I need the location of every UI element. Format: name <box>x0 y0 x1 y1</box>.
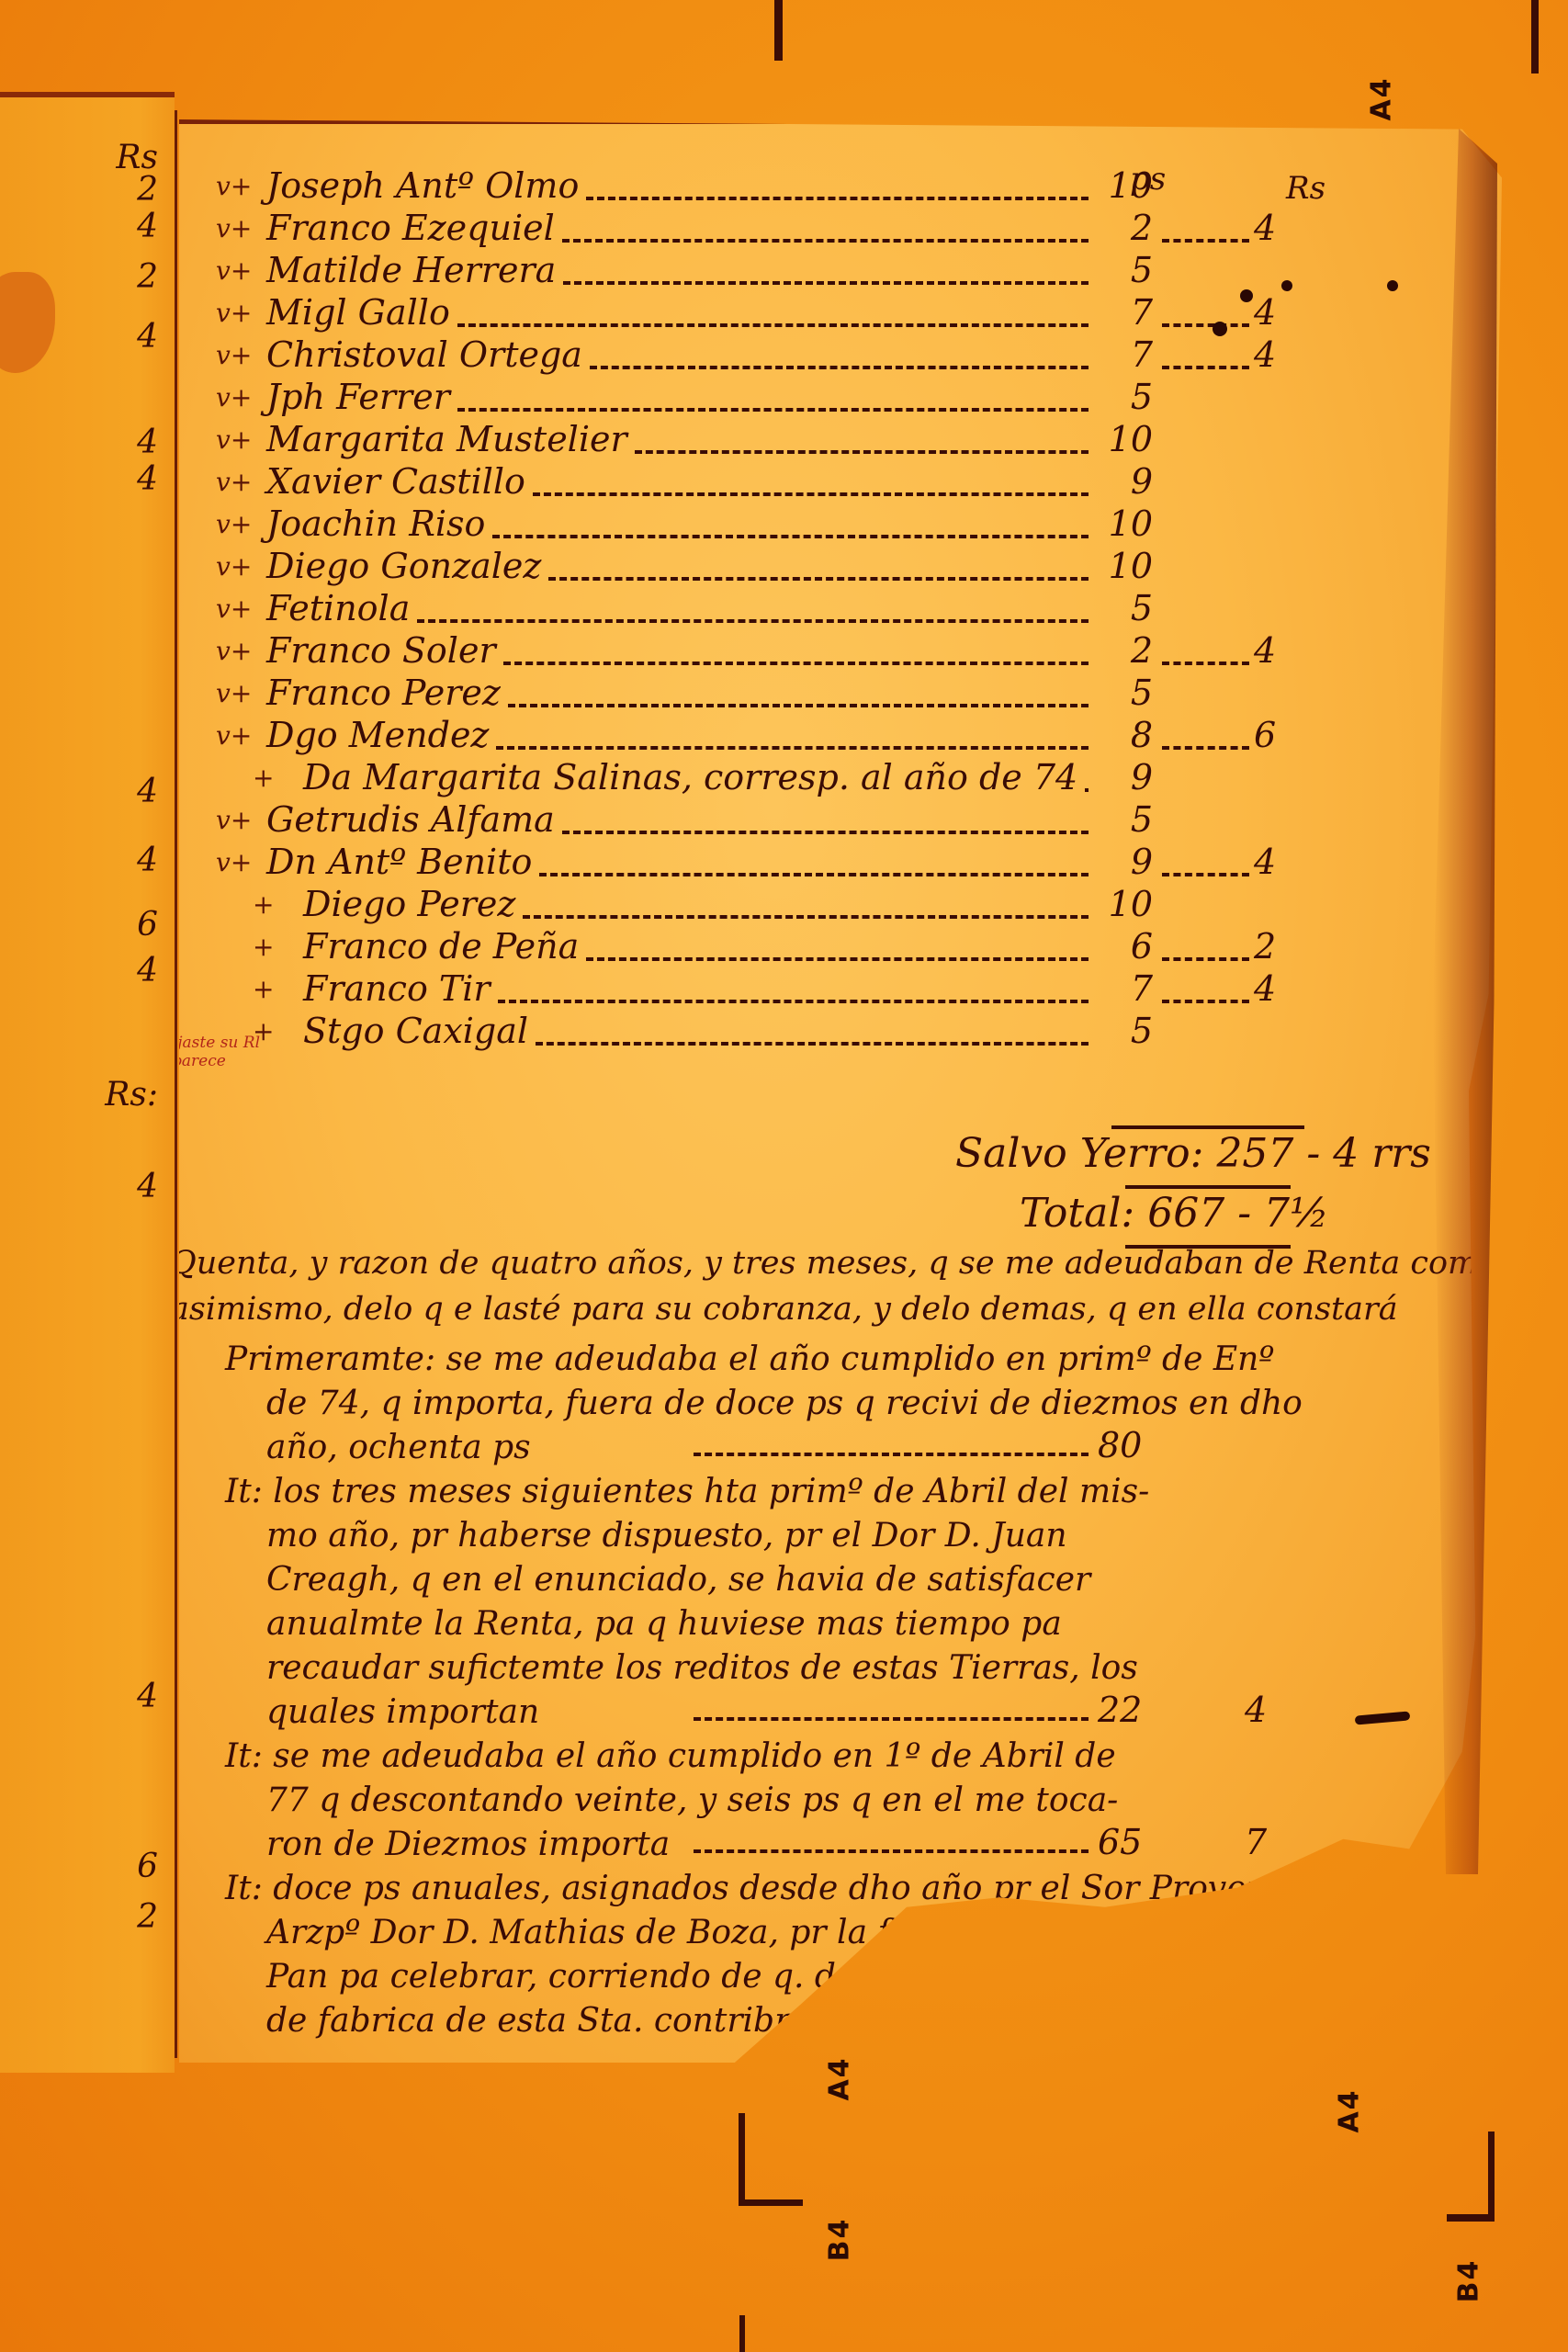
narrative-line: año, ochenta ps <box>266 1425 531 1471</box>
left-entry: 4 <box>137 773 158 810</box>
dotted-leader <box>417 619 1089 623</box>
narrative-line: Primeramte: se me adeudaba el año cumpli… <box>225 1337 1274 1383</box>
tally-mark: v+ <box>216 213 252 243</box>
ledger-pesos: 7 <box>1098 968 1153 1009</box>
ledger-pesos: 9 <box>1098 757 1153 797</box>
tally-mark: v+ <box>216 467 252 497</box>
tally-mark: v+ <box>216 594 252 624</box>
ledger-name: Joseph Antº Olmo <box>266 165 579 206</box>
dotted-leader <box>523 915 1089 919</box>
ledger-reales: 4 <box>1254 334 1276 375</box>
tally-mark: + <box>253 974 274 1004</box>
dotted-leader <box>1085 788 1089 792</box>
registration-label-a4-top: A4 <box>1366 76 1398 120</box>
registration-label-a4-bottom-right: A4 <box>1334 2088 1366 2132</box>
ledger-row: v+Diego Gonzalez10 <box>179 546 1465 590</box>
tally-mark: v+ <box>216 298 252 328</box>
ledger-row: v+Christoval Ortega74 <box>179 334 1465 379</box>
book-gutter <box>175 110 177 2058</box>
ledger-pesos: 10 <box>1098 884 1153 924</box>
ledger-row: v+Joseph Antº Olmo10 <box>179 165 1465 209</box>
ledger-name: Da Margarita Salinas, corresp. al año de… <box>303 757 1077 797</box>
dotted-leader-reales <box>1162 323 1249 327</box>
ledger-name: Diego Gonzalez <box>266 546 541 586</box>
ledger-pesos: 9 <box>1098 461 1153 502</box>
registration-corner-right-v <box>1488 2131 1495 2219</box>
narrative-line: It: se me adeudaba el año cumplido en 1º… <box>225 1734 1116 1780</box>
dotted-leader <box>635 450 1089 454</box>
narrative-line: de fabrica de esta Sta. contribr. todos <box>266 1998 899 2044</box>
dotted-leader <box>586 197 1089 200</box>
narrative-line: Arzpº Dor D. Mathias de Boza, pr la fact… <box>266 1910 1060 1956</box>
dotted-leader-reales <box>1162 873 1249 876</box>
ledger-name: Migl Gallo <box>266 292 450 333</box>
dotted-leader <box>563 281 1089 285</box>
dotted-leader <box>539 873 1089 876</box>
ledger-row: v+Joachin Riso10 <box>179 503 1465 548</box>
registration-tick-top-right <box>1531 0 1539 73</box>
ledger-row: v+Jph Ferrer5 <box>179 377 1465 421</box>
ledger-pesos: 10 <box>1098 419 1153 459</box>
right-page: ps Rs v+Joseph Antº Olmo10v+Franco Ezequ… <box>179 119 1502 2063</box>
narrative-line: It: los tres meses siguientes hta primº … <box>225 1469 1149 1515</box>
ledger-reales: 2 <box>1254 926 1276 967</box>
left-entry: 4 <box>137 318 158 356</box>
tally-mark: v+ <box>216 805 252 835</box>
dotted-leader-reales <box>1162 1000 1249 1003</box>
dotted-leader-reales <box>1162 957 1249 961</box>
ink-blot <box>1240 289 1253 302</box>
ledger-reales: 4 <box>1254 208 1276 248</box>
ledger-row: v+Fetinola5 <box>179 588 1465 632</box>
total-line: Total: 667 - 7½ <box>1020 1190 1329 1237</box>
saldo-value: 257 - 4 rrs <box>1216 1130 1430 1177</box>
registration-label-b4-bottom-right: B4 <box>1452 2259 1484 2303</box>
dotted-leader <box>508 704 1089 707</box>
registration-corner-center-h <box>739 2199 803 2206</box>
ledger-pesos: 10 <box>1098 165 1153 206</box>
ledger-name: Franco Tir <box>303 968 491 1009</box>
subtotal-rule <box>1111 1125 1304 1129</box>
dotted-leader <box>457 323 1089 327</box>
ledger-row: v+Migl Gallo74 <box>179 292 1465 336</box>
dotted-leader <box>694 1453 1089 1456</box>
ledger-row: v+Margarita Mustelier10 <box>179 419 1465 463</box>
dotted-leader <box>562 239 1089 243</box>
dotted-leader <box>590 366 1089 369</box>
ledger-pesos: 9 <box>1098 842 1153 882</box>
ledger-reales: 6 <box>1254 715 1276 755</box>
dotted-leader <box>492 535 1089 538</box>
dotted-leader <box>548 577 1089 581</box>
ledger-name: Diego Perez <box>303 884 515 924</box>
ledger-pesos: 2 <box>1098 208 1153 248</box>
left-page-fragment: Rs 2 4 2 4 4 4 4 4 6 4 Rs: 4 4 6 2 <box>0 92 175 2073</box>
ledger-row: +Da Margarita Salinas, corresp. al año d… <box>179 757 1465 801</box>
dotted-leader <box>498 1000 1089 1003</box>
dotted-leader <box>533 492 1089 496</box>
ledger-reales: 4 <box>1254 968 1276 1009</box>
narrative-line: It: doce ps anuales, asignados desde dho… <box>225 1866 1262 1912</box>
ledger-reales: 4 <box>1254 842 1276 882</box>
narrative-line: 77 q descontando veinte, y seis ps q en … <box>266 1778 1118 1824</box>
tally-mark: v+ <box>216 678 252 708</box>
dotted-leader <box>503 661 1089 665</box>
ledger-pesos: 5 <box>1098 250 1153 290</box>
registration-label-b4-bottom-center: B4 <box>823 2218 855 2262</box>
ledger-name: Franco Perez <box>266 673 501 713</box>
left-entry: 4 <box>137 1168 158 1205</box>
narrative-reales: 7 <box>1245 1822 1267 1862</box>
ledger-name: Jph Ferrer <box>266 377 450 417</box>
narrative-line: Pan pa celebrar, corriendo de q. del May… <box>266 1954 1077 2000</box>
ledger-row: +Franco Tir74 <box>179 968 1465 1012</box>
tally-mark: v+ <box>216 636 252 666</box>
ledger-name: Margarita Mustelier <box>266 419 627 459</box>
ledger-row: v+Getrudis Alfama5 <box>179 799 1465 843</box>
narrative-pesos: 22 <box>1098 1690 1142 1730</box>
registration-corner-center-v <box>739 2113 745 2205</box>
narrative-line: anualmte la Renta, pa q huviese mas tiem… <box>266 1601 1062 1647</box>
dotted-leader <box>586 957 1089 961</box>
registration-label-a4-bottom-center: A4 <box>824 2056 856 2100</box>
left-entry: 2 <box>137 1898 158 1936</box>
ledger-pesos: 2 <box>1098 630 1153 671</box>
tally-mark: v+ <box>216 424 252 455</box>
saldo-label: Salvo Yerro: <box>955 1130 1203 1177</box>
left-entry: 4 <box>137 952 158 989</box>
ledger-pesos: 5 <box>1098 588 1153 628</box>
ledger-name: Franco Ezequiel <box>266 208 555 248</box>
ledger-row: +Stgo Caxigal5 <box>179 1011 1465 1055</box>
left-entry: 6 <box>137 906 158 944</box>
ledger-name: Joachin Riso <box>266 503 485 544</box>
ink-blot <box>1213 322 1227 336</box>
tally-mark: + <box>253 763 274 793</box>
ledger-row: +Franco de Peña62 <box>179 926 1465 970</box>
ledger-row: +Diego Perez10 <box>179 884 1465 928</box>
ledger-pesos: 7 <box>1098 292 1153 333</box>
ledger-reales: 4 <box>1254 292 1276 333</box>
ledger-name: Fetinola <box>266 588 410 628</box>
total-rule-top <box>1125 1185 1291 1189</box>
ledger-pesos: 5 <box>1098 1011 1153 1051</box>
ledger-name: Getrudis Alfama <box>266 799 555 840</box>
left-entry: 2 <box>137 171 158 209</box>
ledger-row: v+Xavier Castillo9 <box>179 461 1465 505</box>
saldo-line: Salvo Yerro: 257 - 4 rrs <box>955 1130 1431 1177</box>
ledger-pesos: 7 <box>1098 334 1153 375</box>
narrative-line: de 74, q importa, fuera de doce ps q rec… <box>266 1381 1303 1427</box>
ledger-reales: 4 <box>1254 630 1276 671</box>
tally-mark: v+ <box>216 340 252 370</box>
ledger-row: v+Dn Antº Benito94 <box>179 842 1465 886</box>
narrative-intro-1: Quenta, y razon de quatro años, y tres m… <box>170 1240 1497 1286</box>
narrative-pesos: 80 <box>1098 1425 1142 1465</box>
tally-mark: v+ <box>216 847 252 877</box>
left-entry: 4 <box>137 1678 158 1715</box>
ledger-name: Stgo Caxigal <box>303 1011 528 1051</box>
left-entry: Rs: <box>105 1076 158 1114</box>
dotted-leader-reales <box>1162 366 1249 369</box>
ledger-row: v+Franco Soler24 <box>179 630 1465 674</box>
left-entry: 4 <box>137 842 158 879</box>
ledger-row: v+Franco Ezequiel24 <box>179 208 1465 252</box>
tally-mark: v+ <box>216 551 252 582</box>
total-value: 667 - 7½ <box>1147 1190 1328 1237</box>
left-entry: 4 <box>137 208 158 245</box>
ledger-name: Franco Soler <box>266 630 496 671</box>
tally-mark: + <box>253 889 274 920</box>
dotted-leader-reales <box>1162 746 1249 750</box>
ledger-row: v+Matilde Herrera5 <box>179 250 1465 294</box>
ledger-pesos: 5 <box>1098 377 1153 417</box>
dotted-leader <box>694 1717 1089 1721</box>
ink-blot <box>1281 280 1292 291</box>
narrative-line: mo año, pr haberse dispuesto, pr el Dor … <box>266 1513 1067 1559</box>
tally-mark: v+ <box>216 509 252 539</box>
ledger-name: Christoval Ortega <box>266 334 582 375</box>
left-entry: 4 <box>137 424 158 461</box>
narrative-line: ron de Diezmos importa <box>266 1822 670 1868</box>
narrative-reales: 4 <box>1245 1690 1267 1730</box>
ink-blot <box>1387 280 1398 291</box>
narrative-line: Creagh, q en el enunciado, se havia de s… <box>266 1557 1090 1603</box>
narrative-line: recaudar sufictemte los reditos de estas… <box>266 1645 1138 1691</box>
ledger-name: Dn Antº Benito <box>266 842 532 882</box>
left-entry: 4 <box>137 460 158 498</box>
registration-tick-bottom <box>739 2315 745 2352</box>
dotted-leader <box>496 746 1089 750</box>
ledger-pesos: 10 <box>1098 503 1153 544</box>
ledger-row: v+Dgo Mendez86 <box>179 715 1465 759</box>
dotted-leader-reales <box>1162 239 1249 243</box>
ledger-name: Xavier Castillo <box>266 461 525 502</box>
ledger-name: Matilde Herrera <box>266 250 556 290</box>
dotted-leader <box>694 1849 1089 1853</box>
ledger-name: Dgo Mendez <box>266 715 489 755</box>
dotted-leader <box>562 831 1089 834</box>
ink-stain <box>0 272 55 373</box>
total-label: Total: <box>1020 1190 1134 1237</box>
ledger-pesos: 8 <box>1098 715 1153 755</box>
narrative-line: quales importan <box>266 1690 539 1736</box>
registration-tick-top-center <box>774 0 783 61</box>
tally-mark: v+ <box>216 720 252 751</box>
left-entry: 6 <box>137 1848 158 1885</box>
dotted-leader <box>536 1042 1089 1046</box>
ledger-name: Franco de Peña <box>303 926 579 967</box>
ledger-pesos: 5 <box>1098 799 1153 840</box>
registration-corner-right-h <box>1447 2214 1495 2222</box>
ledger-pesos: 5 <box>1098 673 1153 713</box>
dotted-leader <box>457 408 1089 412</box>
ledger-pesos: 10 <box>1098 546 1153 586</box>
tally-mark: + <box>253 932 274 962</box>
ledger-pesos: 6 <box>1098 926 1153 967</box>
left-entry: 2 <box>137 258 158 296</box>
tally-mark: v+ <box>216 382 252 413</box>
tally-mark: v+ <box>216 255 252 286</box>
tally-mark: v+ <box>216 171 252 201</box>
dotted-leader-reales <box>1162 661 1249 665</box>
narrative-pesos: 65 <box>1098 1822 1142 1862</box>
narrative-intro-2: asimismo, delo q e lasté para su cobranz… <box>170 1286 1398 1332</box>
ink-blot <box>1355 1711 1411 1724</box>
ledger-row: v+Franco Perez5 <box>179 673 1465 717</box>
